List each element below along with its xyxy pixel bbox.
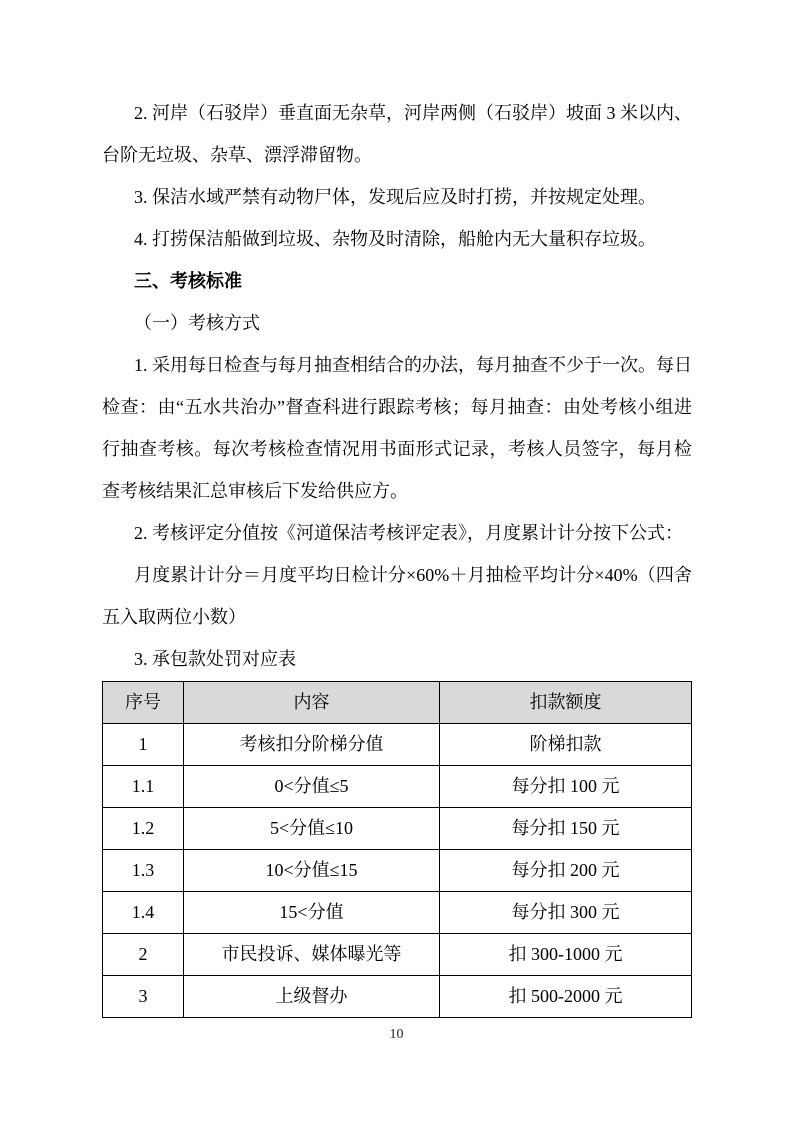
cell-deduction: 每分扣 150 元 <box>440 808 692 850</box>
table-header-seq: 序号 <box>103 682 184 724</box>
cell-seq: 2 <box>103 934 184 976</box>
cell-seq: 1 <box>103 724 184 766</box>
cell-seq: 1.4 <box>103 892 184 934</box>
table-row: 3 上级督办 扣 500-2000 元 <box>103 976 692 1018</box>
table-header-content: 内容 <box>184 682 440 724</box>
table-row: 2 市民投诉、媒体曝光等 扣 300-1000 元 <box>103 934 692 976</box>
paragraph-item-3: 3. 保洁水域严禁有动物尸体，发现后应及时打捞，并按规定处理。 <box>102 176 692 218</box>
table-row: 1.4 15<分值 每分扣 300 元 <box>103 892 692 934</box>
cell-seq: 1.3 <box>103 850 184 892</box>
table-row: 1.3 10<分值≤15 每分扣 200 元 <box>103 850 692 892</box>
cell-content: 考核扣分阶梯分值 <box>184 724 440 766</box>
table-row: 1 考核扣分阶梯分值 阶梯扣款 <box>103 724 692 766</box>
paragraph-penalty-table-caption: 3. 承包款处罚对应表 <box>102 638 692 680</box>
subsection-heading-assessment-method: （一）考核方式 <box>102 302 692 344</box>
page-number: 10 <box>0 1027 793 1043</box>
cell-deduction: 每分扣 300 元 <box>440 892 692 934</box>
cell-content: 上级督办 <box>184 976 440 1018</box>
cell-content: 0<分值≤5 <box>184 766 440 808</box>
table-row: 1.1 0<分值≤5 每分扣 100 元 <box>103 766 692 808</box>
cell-content: 15<分值 <box>184 892 440 934</box>
paragraph-item-4: 4. 打捞保洁船做到垃圾、杂物及时清除，船舱内无大量积存垃圾。 <box>102 218 692 260</box>
cell-seq: 1.2 <box>103 808 184 850</box>
penalty-table: 序号 内容 扣款额度 1 考核扣分阶梯分值 阶梯扣款 1.1 0<分值≤5 每分… <box>102 681 692 1018</box>
cell-deduction: 阶梯扣款 <box>440 724 692 766</box>
paragraph-score-formula: 月度累计计分＝月度平均日检计分×60%＋月抽检平均计分×40%（四舍五入取两位小… <box>102 554 692 638</box>
document-page: 2. 河岸（石驳岸）垂直面无杂草，河岸两侧（石驳岸）坡面 3 米以内、台阶无垃圾… <box>0 0 793 1122</box>
cell-content: 市民投诉、媒体曝光等 <box>184 934 440 976</box>
cell-deduction: 扣 500-2000 元 <box>440 976 692 1018</box>
section-heading-assessment-standards: 三、考核标准 <box>102 260 692 302</box>
paragraph-item-2: 2. 河岸（石驳岸）垂直面无杂草，河岸两侧（石驳岸）坡面 3 米以内、台阶无垃圾… <box>102 92 692 176</box>
table-row: 1.2 5<分值≤10 每分扣 150 元 <box>103 808 692 850</box>
cell-deduction: 每分扣 100 元 <box>440 766 692 808</box>
document-body: 2. 河岸（石驳岸）垂直面无杂草，河岸两侧（石驳岸）坡面 3 米以内、台阶无垃圾… <box>102 92 692 1018</box>
table-header-deduction: 扣款额度 <box>440 682 692 724</box>
cell-content: 10<分值≤15 <box>184 850 440 892</box>
cell-content: 5<分值≤10 <box>184 808 440 850</box>
cell-deduction: 扣 300-1000 元 <box>440 934 692 976</box>
paragraph-assessment-method-1: 1. 采用每日检查与每月抽查相结合的办法，每月抽查不少于一次。每日检查：由“五水… <box>102 344 692 512</box>
paragraph-assessment-method-2: 2. 考核评定分值按《河道保洁考核评定表》，月度累计计分按下公式： <box>102 512 692 554</box>
table-header-row: 序号 内容 扣款额度 <box>103 682 692 724</box>
cell-seq: 3 <box>103 976 184 1018</box>
cell-deduction: 每分扣 200 元 <box>440 850 692 892</box>
cell-seq: 1.1 <box>103 766 184 808</box>
